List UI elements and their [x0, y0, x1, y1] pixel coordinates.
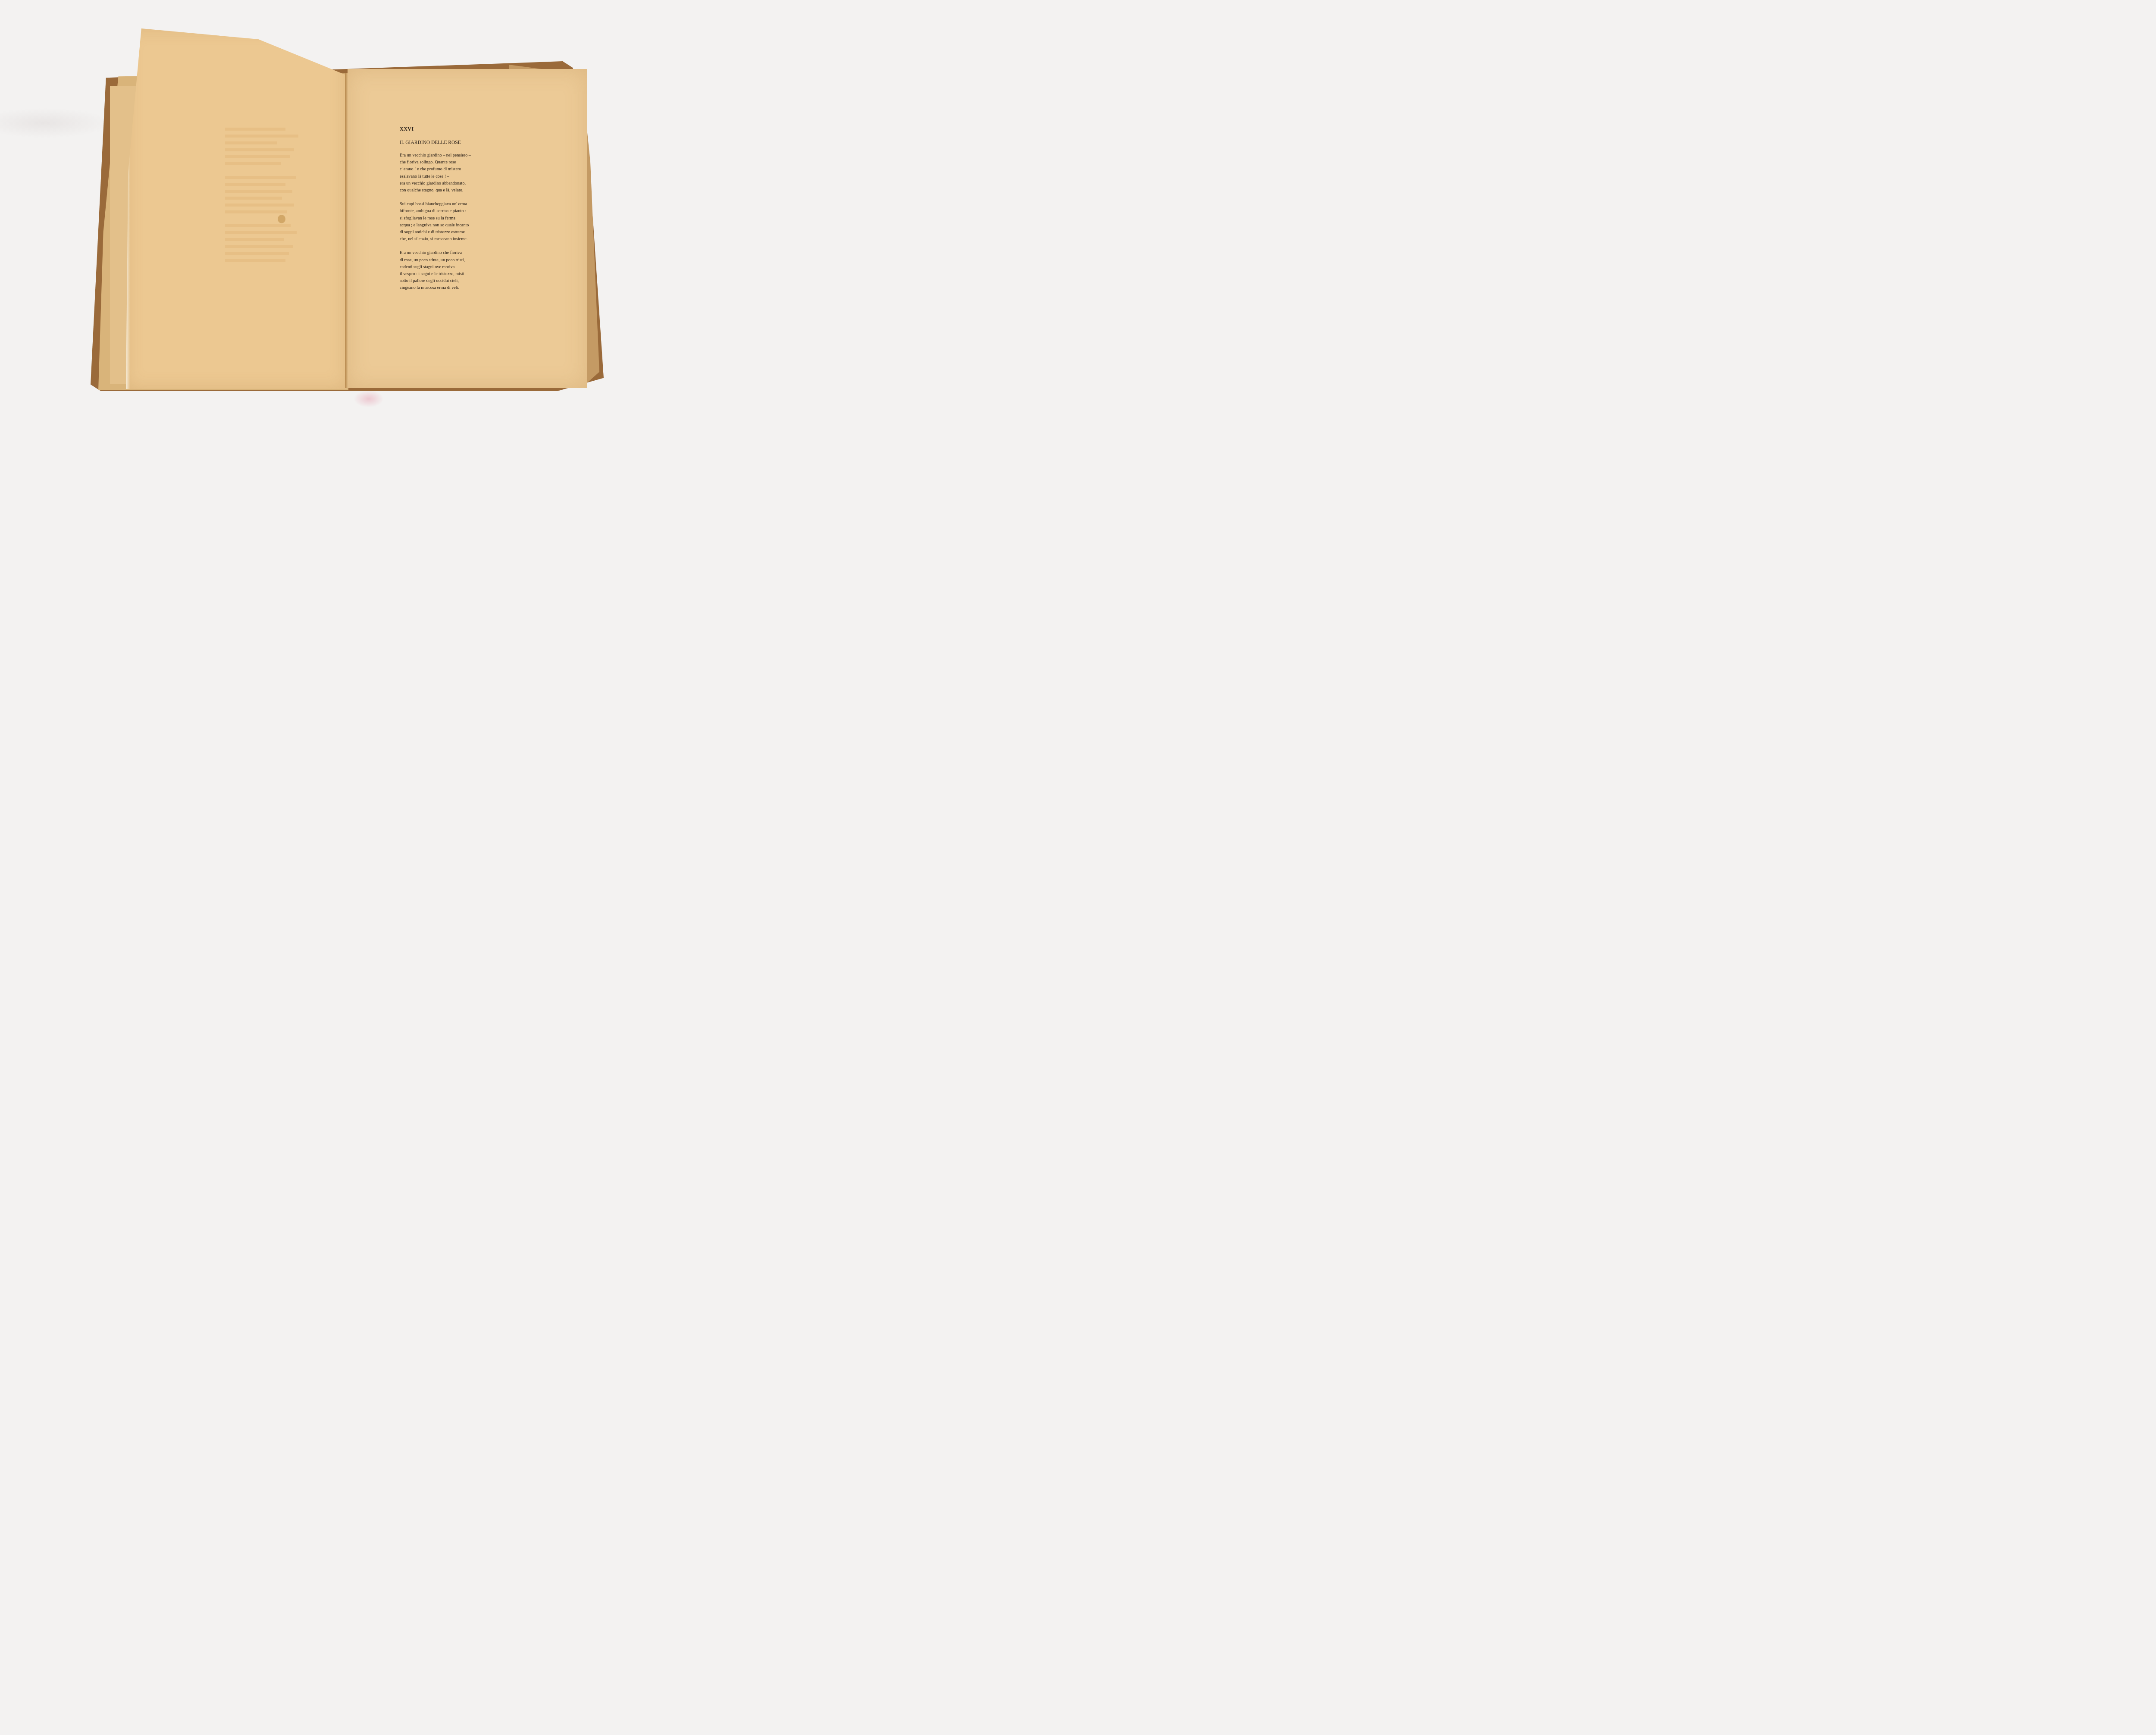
show-through-text: [225, 128, 311, 283]
background-smudge: [0, 108, 112, 138]
poem-line: c' erano ! e che profumo di mistero: [400, 166, 471, 173]
left-page[interactable]: [126, 28, 347, 389]
poem-line: che, nel silenzio, si mesceano insieme.: [400, 236, 471, 243]
poem-line: di rose, un poco stinte, un poco tristi,: [400, 257, 471, 264]
poem-line: con qualche stagno, qua e là, velato.: [400, 187, 471, 194]
stanza-3: Era un vecchio giardino che fioriva di r…: [400, 250, 471, 291]
stanza-2: Sui cupi bossi biancheggiava un' erma bi…: [400, 201, 471, 243]
poem-line: esalavano là tutte le cose ! –: [400, 173, 471, 180]
poem-line: cadenti sugli stagni ove moriva: [400, 264, 471, 271]
poem-line: era un vecchio giardino abbandonato,: [400, 180, 471, 187]
poem: XXVI IL GIARDINO DELLE ROSE Era un vecch…: [400, 126, 471, 292]
right-page[interactable]: XXVI IL GIARDINO DELLE ROSE Era un vecch…: [348, 69, 587, 388]
poem-line: Era un vecchio giardino – nel pensiero –: [400, 152, 471, 159]
poem-line: sotto il pallore degli occidui cieli,: [400, 278, 471, 285]
poem-line: si sfogliavan le rose su la ferma: [400, 215, 471, 222]
poem-line: il vespro : i sogni e le tristezze, mist…: [400, 271, 471, 278]
poem-line: acqua ; e languiva non so quale incanto: [400, 222, 471, 229]
poem-line: di sogni antichi e di tristezze estreme: [400, 229, 471, 236]
poem-line: Era un vecchio giardino che fioriva: [400, 250, 471, 257]
poem-line: Sui cupi bossi biancheggiava un' erma: [400, 201, 471, 208]
stanza-1: Era un vecchio giardino – nel pensiero –…: [400, 152, 471, 194]
pink-stain: [354, 390, 384, 407]
poem-line: bifronte, ambigua di sorriso e pianto :: [400, 208, 471, 215]
poem-title: IL GIARDINO DELLE ROSE: [400, 140, 471, 145]
section-number: XXVI: [400, 126, 471, 132]
foxing-spot: [278, 215, 285, 223]
poem-line: cingeano la muscosa erma di veli.: [400, 285, 471, 291]
poem-line: che fioriva solingo. Quante rose: [400, 159, 471, 166]
